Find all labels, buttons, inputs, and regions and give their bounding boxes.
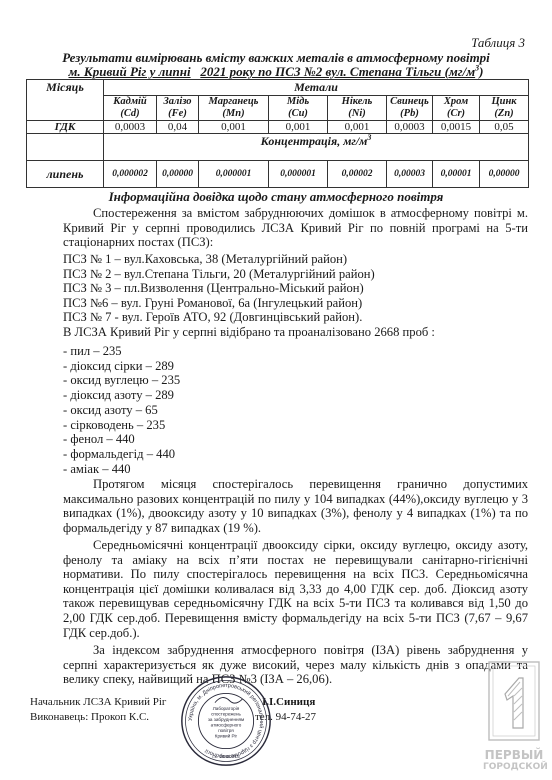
metals-header: Метали (104, 80, 529, 96)
metal-header-cell: Залізо(Fe) (157, 96, 199, 121)
gdk-value-cell: 0,0003 (104, 121, 157, 134)
concentration-value-cell: 0,00003 (387, 161, 433, 188)
average-paragraph: Середньомісячні концентрації двооксиду с… (63, 538, 528, 640)
gdk-value-cell: 0,001 (328, 121, 387, 134)
metal-header-cell: Нікель(Ni) (328, 96, 387, 121)
gdk-label: ГДК (27, 121, 104, 134)
concentration-value-cell: 0,000001 (199, 161, 269, 188)
sample-item: - аміак – 440 (63, 462, 131, 477)
gdk-value-cell: 0,04 (157, 121, 199, 134)
concentration-row: Концентрація, мг/м3 (27, 134, 529, 161)
concentration-value-cell: 0,00000 (480, 161, 529, 188)
watermark-line1: ПЕРВЫЙ (483, 749, 545, 762)
svg-text:і.к. 19430915: і.к. 19430915 (212, 754, 240, 759)
sample-item: - оксид вуглецю – 235 (63, 373, 180, 388)
exceed-paragraph: Протягом місяця спостерігалось перевищен… (63, 477, 528, 535)
concentration-value-cell: 0,000001 (269, 161, 328, 188)
table-row: липень0,0000020,000000,0000010,0000010,0… (27, 161, 529, 188)
info-title: Інформаційна довідка щодо стану атмосфер… (0, 189, 552, 205)
gdk-value-cell: 0,001 (199, 121, 269, 134)
post-item: ПСЗ № 7 - вул. Героїв АТО, 92 (Довгинців… (63, 310, 362, 325)
sample-item: - оксид азоту – 65 (63, 403, 158, 418)
table-title-line1: Результати вимірювань вмісту важких мета… (0, 50, 552, 65)
metal-header-cell: Цинк(Zn) (480, 96, 529, 121)
signature-position: Начальник ЛСЗА Кривий Ріг (30, 696, 166, 708)
concentration-value-cell: 0,000002 (104, 161, 157, 188)
metal-header-cell: Хром(Cr) (433, 96, 480, 121)
gdk-value-cell: 0,0015 (433, 121, 480, 134)
post-item: ПСЗ № 3 – пл.Визволення (Центрально-Місь… (63, 281, 364, 296)
gdk-row: ГДК 0,00030,040,0010,0010,0010,00030,001… (27, 121, 529, 134)
executor: Виконавець: Прокоп К.С. (30, 711, 149, 723)
metal-header-cell: Мідь(Cu) (269, 96, 328, 121)
title-close: ) (479, 64, 483, 79)
gdk-value-cell: 0,001 (269, 121, 328, 134)
svg-text:Кривий Ріг: Кривий Ріг (215, 733, 238, 739)
svg-text:атмосферного: атмосферного (211, 723, 242, 728)
logo-one-icon (483, 660, 545, 744)
official-stamp-icon: Україна, м. Дніпропетровський регіональн… (180, 675, 272, 767)
samples-line: В ЛСЗА Кривий Ріг у серпні відібрано та … (63, 325, 435, 340)
metal-header-cell: Свинець(Pb) (387, 96, 433, 121)
gdk-value-cell: 0,05 (480, 121, 529, 134)
sample-item: - сірководень – 235 (63, 418, 165, 433)
metal-header-cell: Кадмій(Cd) (104, 96, 157, 121)
table-number-label: Таблиця 3 (471, 35, 525, 51)
metal-header-cell: Марганець(Mn) (199, 96, 269, 121)
post-item: ПСЗ №6 – вул. Груні Романової, 6а (Інгул… (63, 296, 362, 311)
svg-text:за забрудненням: за забрудненням (208, 717, 244, 722)
value-rows: липень0,0000020,000000,0000010,0000010,0… (27, 161, 529, 188)
title-city: м. Кривий Ріг у липні (69, 64, 191, 79)
sample-item: - пил – 235 (63, 344, 122, 359)
heavy-metals-table: Місяць Метали Кадмій(Cd)Залізо(Fe)Марган… (26, 79, 529, 188)
sample-item: - діоксид сірки – 289 (63, 359, 174, 374)
title-rest: 2021 року по ПСЗ №2 вул. Степана Тільги … (200, 64, 475, 79)
svg-text:спостережень: спостережень (211, 711, 241, 716)
concentration-label: Концентрація, мг/м3 (104, 134, 529, 161)
intro-paragraph: Спостереження за вмістом забруднюючих до… (63, 206, 528, 250)
iza-paragraph: За індексом забруднення атмосферного пов… (63, 643, 528, 687)
sample-item: - фенол – 440 (63, 432, 135, 447)
month-header: Місяць (27, 80, 104, 121)
post-item: ПСЗ № 1 – вул.Каховська, 38 (Металургійн… (63, 252, 347, 267)
sample-item: - формальдегід – 440 (63, 447, 175, 462)
table-title-line2: м. Кривий Ріг у липні 2021 року по ПСЗ №… (0, 64, 552, 79)
svg-text:Лабораторія: Лабораторія (213, 706, 240, 711)
concentration-value-cell: 0,00002 (328, 161, 387, 188)
post-item: ПСЗ № 2 – вул.Степана Тільги, 20 (Металу… (63, 267, 375, 282)
watermark-line2: ГОРОДСКОЙ (483, 762, 545, 773)
concentration-value-cell: 0,00000 (157, 161, 199, 188)
sample-item: - діоксид азоту – 289 (63, 388, 174, 403)
month-cell: липень (27, 161, 104, 188)
svg-text:повітря: повітря (218, 728, 234, 733)
concentration-value-cell: 0,00001 (433, 161, 480, 188)
gdk-value-cell: 0,0003 (387, 121, 433, 134)
pervyi-gorodskoi-watermark: ПЕРВЫЙ ГОРОДСКОЙ (483, 660, 545, 778)
